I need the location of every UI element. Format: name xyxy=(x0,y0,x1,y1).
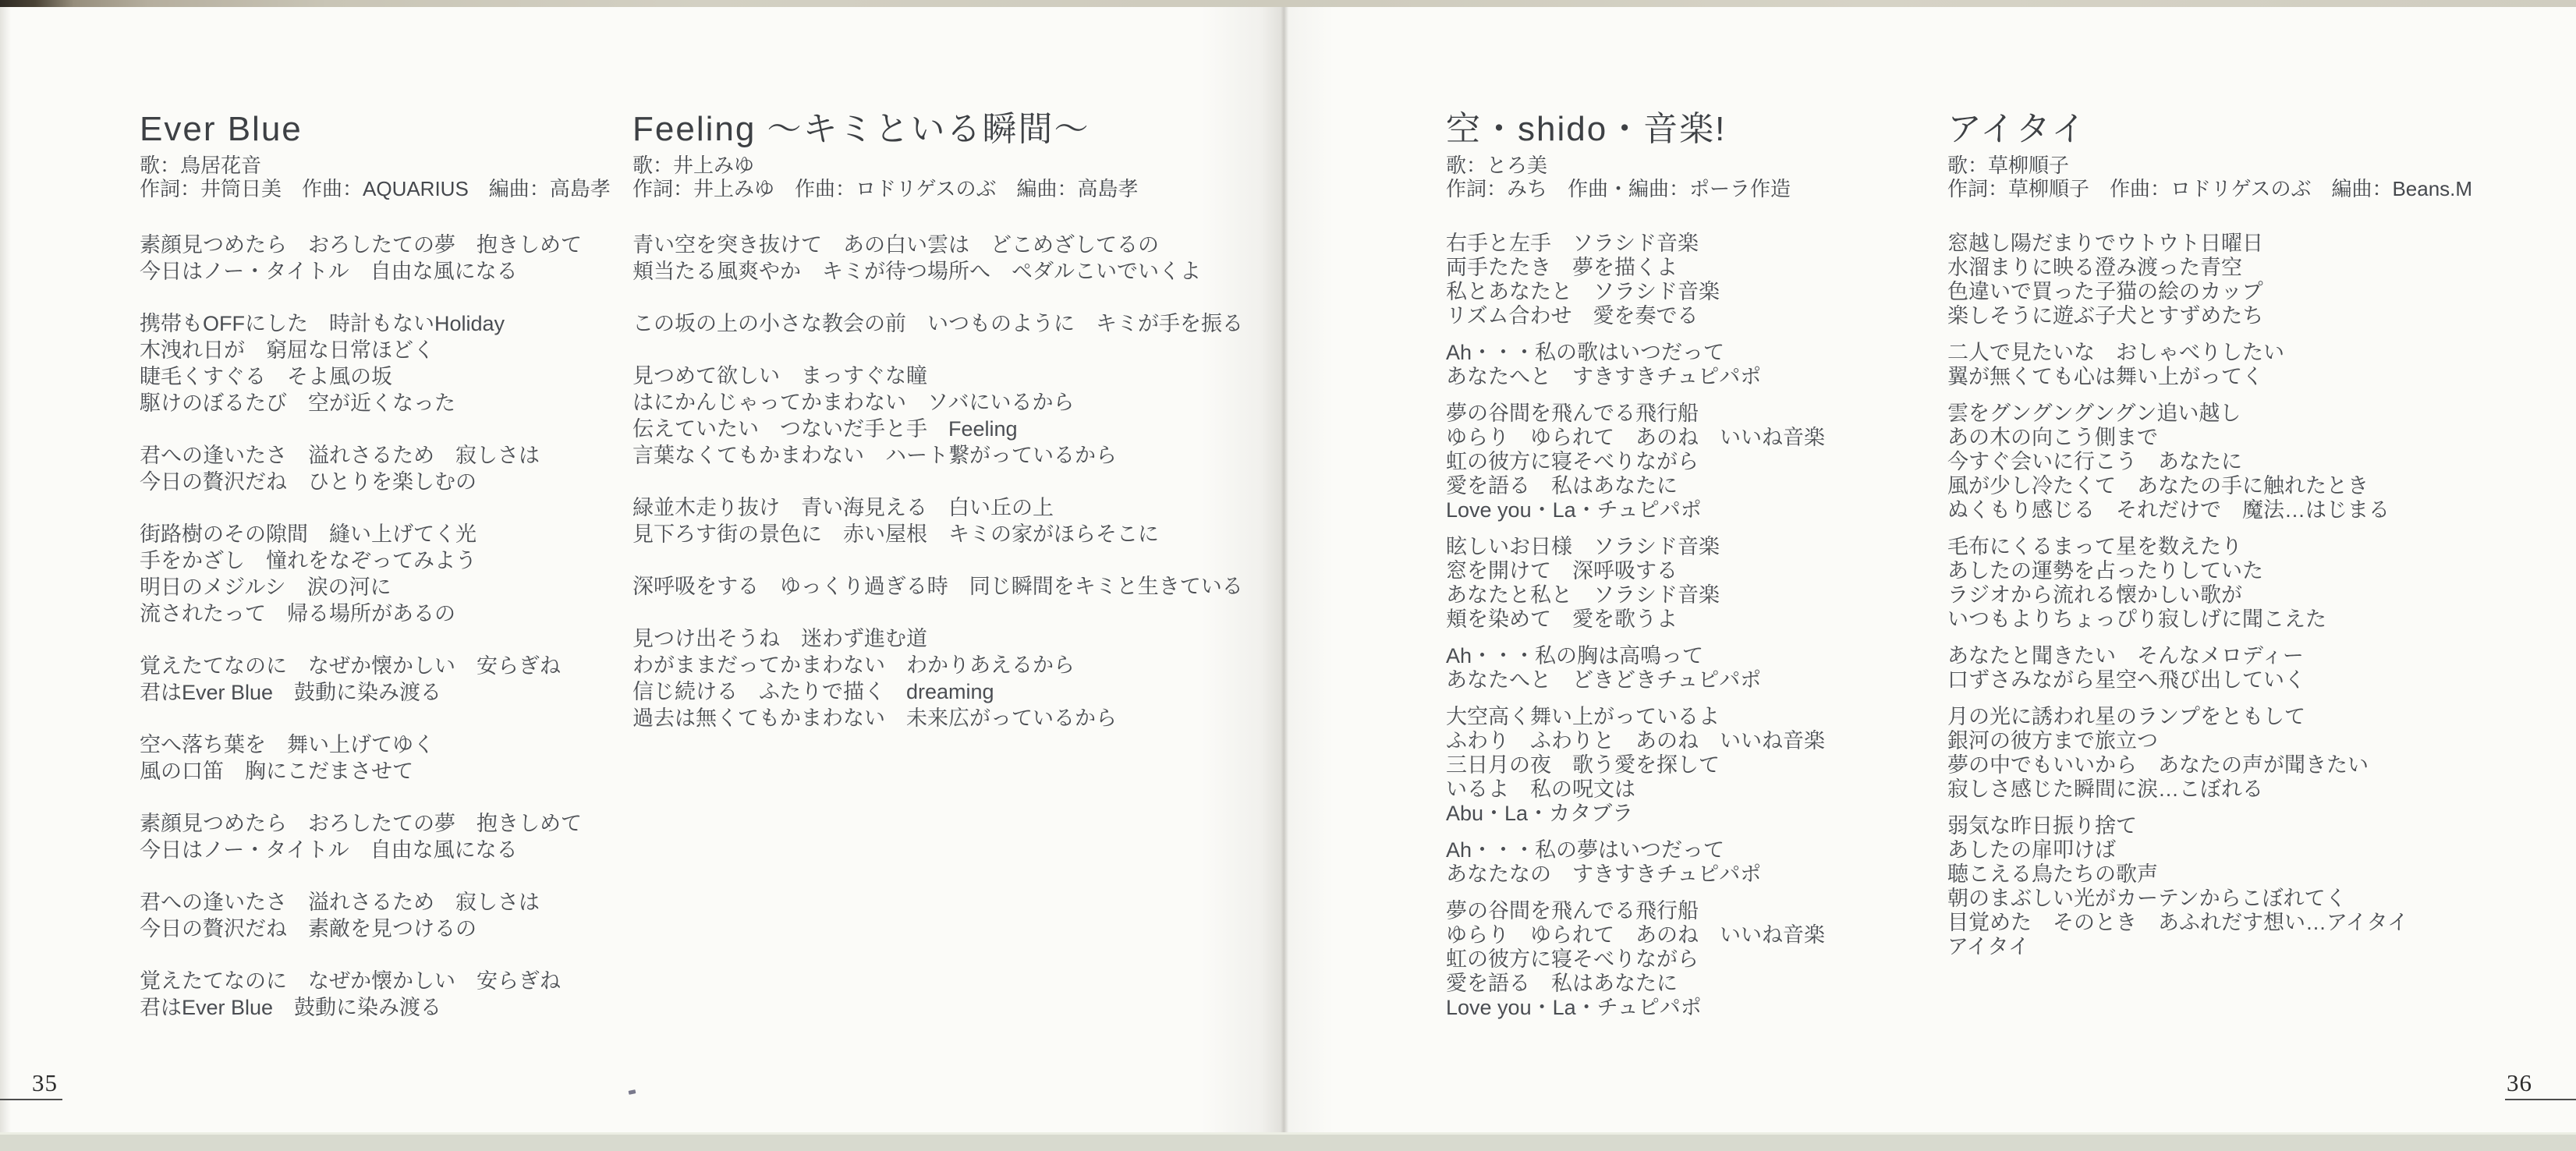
song-singer-credit: 歌：鳥居花音 xyxy=(140,154,639,177)
stanza: Ah・・・私の歌はいつだってあなたへと すきすきチュピパポ xyxy=(1446,341,1945,389)
lyric-line: 信じ続ける ふたりで描く dreaming xyxy=(632,678,1412,705)
song-ever-blue: Ever Blue 歌：鳥居花音 作詞：井筒日美 作曲：AQUARIUS 編曲：… xyxy=(140,112,639,1047)
lyric-line: 伝えていたい つないだ手と手 Feeling xyxy=(632,416,1412,442)
lyrics: 青い空を突き抜けて あの白い雲は どこめざしてるの頬当たる風爽やか キミが待つ場… xyxy=(632,232,1412,731)
lyric-line: ぬくもり感じる それだけで 魔法…はじまる xyxy=(1947,498,2564,522)
song-staff-credit: 作詞：草柳順子 作曲：ロドリゲスのぶ 編曲：Beans.M xyxy=(1947,177,2564,200)
lyric-line: はにかんじゃってかまわない ソバにいるから xyxy=(632,389,1412,416)
lyric-line: ゆらり ゆられて あのね いいね音楽 xyxy=(1446,923,1945,947)
song-singer-credit: 歌：草柳順子 xyxy=(1947,154,2564,177)
stanza: 深呼吸をする ゆっくり過ぎる時 同じ瞬間をキミと生きている xyxy=(632,573,1412,600)
stanza: 君への逢いたさ 溢れさるため 寂しさは今日の贅沢だね 素敵を見つけるの xyxy=(140,889,639,942)
lyric-line: 口ずさみながら星空へ飛び出していく xyxy=(1947,668,2564,692)
stanza: 君への逢いたさ 溢れさるため 寂しさは今日の贅沢だね ひとりを楽しむの xyxy=(140,442,639,495)
song-feeling: Feeling ～キミといる瞬間～ 歌：井上みゆ 作詞：井上みゆ 作曲：ロドリゲ… xyxy=(632,112,1412,757)
lyric-line: 見つめて欲しい まっすぐな瞳 xyxy=(632,363,1412,389)
lyric-line: 今すぐ会いに行こう あなたに xyxy=(1947,450,2564,474)
lyric-line: 愛を語る 私はあなたに xyxy=(1446,474,1945,498)
lyric-line: 駆けのぼるたび 空が近くなった xyxy=(140,390,639,416)
stanza: 覚えたてなのに なぜか懐かしい 安らぎね君はEver Blue 鼓動に染み渡る xyxy=(140,653,639,706)
lyric-line: あなたと私と ソラシド音楽 xyxy=(1446,583,1945,607)
lyric-line: 銀河の彼方まで旅立つ xyxy=(1947,729,2564,753)
lyric-line: ふわり ふわりと あのね いいね音楽 xyxy=(1446,729,1945,753)
ink-speck xyxy=(629,1089,636,1095)
lyric-line: Ah・・・私の胸は高鳴って xyxy=(1446,644,1945,668)
lyric-line: 頬を染めて 愛を歌うよ xyxy=(1446,607,1945,632)
lyric-line: 虹の彼方に寝そべりながら xyxy=(1446,450,1945,474)
lyric-line: 弱気な昨日振り捨て xyxy=(1947,814,2564,838)
lyric-line: 私とあなたと ソラシド音楽 xyxy=(1446,280,1945,304)
lyric-line: 楽しそうに遊ぶ子犬とすずめたち xyxy=(1947,304,2564,328)
stanza: 毛布にくるまって星を数えたりあしたの運勢を占ったりしていたラジオから流れる懐かし… xyxy=(1947,535,2564,632)
lyric-line: 今日はノー・タイトル 自由な風になる xyxy=(140,258,639,285)
lyric-line: あなたと聞きたい そんなメロディー xyxy=(1947,644,2564,668)
lyric-line: あなたへと すきすきチュピパポ xyxy=(1446,365,1945,389)
lyric-line: 頬当たる風爽やか キミが待つ場所へ ペダルこいでいくよ xyxy=(632,258,1412,285)
lyric-line: 素顔見つめたら おろしたての夢 抱きしめて xyxy=(140,810,639,837)
lyric-line: 見下ろす街の景色に 赤い屋根 キミの家がほらそこに xyxy=(632,521,1412,547)
stanza: 緑並木走り抜け 青い海見える 白い丘の上見下ろす街の景色に 赤い屋根 キミの家が… xyxy=(632,494,1412,547)
lyric-line: いるよ 私の呪文は xyxy=(1446,777,1945,802)
lyric-line: ラジオから流れる懐かしい歌が xyxy=(1947,583,2564,607)
song-singer-credit: 歌：とろ美 xyxy=(1446,154,1945,177)
lyric-line: 過去は無くてもかまわない 未来広がっているから xyxy=(632,705,1412,731)
lyric-line: Ah・・・私の夢はいつだって xyxy=(1446,838,1945,862)
lyric-line: 睫毛くすぐる そよ風の坂 xyxy=(140,363,639,390)
lyric-line: 愛を語る 私はあなたに xyxy=(1446,972,1945,996)
stanza: 眩しいお日様 ソラシド音楽窓を開けて 深呼吸するあなたと私と ソラシド音楽頬を染… xyxy=(1446,535,1945,632)
stanza: 見つけ出そうね 迷わず進む道わがままだってかまわない わかりあえるから信じ続ける… xyxy=(632,625,1412,731)
stanza: 素顔見つめたら おろしたての夢 抱きしめて今日はノー・タイトル 自由な風になる xyxy=(140,810,639,863)
lyric-line: 夢の中でもいいから あなたの声が聞きたい xyxy=(1947,753,2564,777)
lyric-line: 携帯もOFFにした 時計もないHoliday xyxy=(140,310,639,337)
lyric-line: 夢の谷間を飛んでる飛行船 xyxy=(1446,402,1945,426)
lyric-line: 寂しさ感じた瞬間に涙…こぼれる xyxy=(1947,777,2564,802)
stanza: 街路樹のその隙間 縫い上げてく光手をかざし 憧れをなぞってみよう明日のメジルシ … xyxy=(140,521,639,627)
lyric-line: 素顔見つめたら おろしたての夢 抱きしめて xyxy=(140,232,639,258)
lyric-line: 手をかざし 憧れをなぞってみよう xyxy=(140,547,639,574)
lyric-line: 雲をグングングングン追い越し xyxy=(1947,402,2564,426)
lyric-line: 水溜まりに映る澄み渡った青空 xyxy=(1947,256,2564,280)
lyric-line: 木洩れ日が 窮屈な日常ほどく xyxy=(140,337,639,363)
lyric-line: 二人で見たいな おしゃべりしたい xyxy=(1947,341,2564,365)
lyric-line: あしたの扉叩けば xyxy=(1947,838,2564,862)
lyric-line: 三日月の夜 歌う愛を探して xyxy=(1446,753,1945,777)
lyric-line: 言葉なくてもかまわない ハート繋がっているから xyxy=(632,442,1412,469)
stanza: あなたと聞きたい そんなメロディー口ずさみながら星空へ飛び出していく xyxy=(1947,644,2564,692)
lyric-line: 眩しいお日様 ソラシド音楽 xyxy=(1446,535,1945,559)
lyric-line: 今日の贅沢だね 素敵を見つけるの xyxy=(140,915,639,942)
stanza: 窓越し陽だまりでウトウト日曜日水溜まりに映る澄み渡った青空色違いで買った子猫の絵… xyxy=(1947,232,2564,328)
stanza: 携帯もOFFにした 時計もないHoliday木洩れ日が 窮屈な日常ほどく睫毛くす… xyxy=(140,310,639,416)
lyrics: 素顔見つめたら おろしたての夢 抱きしめて今日はノー・タイトル 自由な風になる携… xyxy=(140,232,639,1021)
song-title: Ever Blue xyxy=(140,112,639,147)
lyric-line: この坂の上の小さな教会の前 いつものように キミが手を振る xyxy=(632,310,1412,337)
stanza: Ah・・・私の胸は高鳴ってあなたへと どきどきチュピパポ xyxy=(1446,644,1945,692)
song-staff-credit: 作詞：井上みゆ 作曲：ロドリゲスのぶ 編曲：高島孝 xyxy=(632,177,1412,200)
lyric-line: 君はEver Blue 鼓動に染み渡る xyxy=(140,994,639,1021)
lyric-line: 両手たたき 夢を描くよ xyxy=(1446,256,1945,280)
stanza: 夢の谷間を飛んでる飛行船ゆらり ゆられて あのね いいね音楽虹の彼方に寝そべりな… xyxy=(1446,402,1945,522)
song-aitai: アイタイ 歌：草柳順子 作詞：草柳順子 作曲：ロドリゲスのぶ 編曲：Beans.… xyxy=(1947,112,2564,972)
stanza: Ah・・・私の夢はいつだってあなたなの すきすきチュピパポ xyxy=(1446,838,1945,887)
stanza: 大空高く舞い上がっているよふわり ふわりと あのね いいね音楽三日月の夜 歌う愛… xyxy=(1446,705,1945,826)
lyrics: 窓越し陽だまりでウトウト日曜日水溜まりに映る澄み渡った青空色違いで買った子猫の絵… xyxy=(1947,232,2564,959)
lyric-line: 今日の贅沢だね ひとりを楽しむの xyxy=(140,469,639,495)
stanza: 右手と左手 ソラシド音楽両手たたき 夢を描くよ私とあなたと ソラシド音楽リズム合… xyxy=(1446,232,1945,328)
lyric-line: 目覚めた そのとき あふれだす想い…アイタイ xyxy=(1947,911,2564,935)
song-staff-credit: 作詞：井筒日美 作曲：AQUARIUS 編曲：高島孝 xyxy=(140,177,639,200)
lyric-line: 君への逢いたさ 溢れさるため 寂しさは xyxy=(140,889,639,915)
lyric-line: 緑並木走り抜け 青い海見える 白い丘の上 xyxy=(632,494,1412,521)
page-number-rule-right xyxy=(2505,1099,2576,1100)
lyric-line: 大空高く舞い上がっているよ xyxy=(1446,705,1945,729)
lyric-line: リズム合わせ 愛を奏でる xyxy=(1446,304,1945,328)
lyric-line: 青い空を突き抜けて あの白い雲は どこめざしてるの xyxy=(632,232,1412,258)
lyric-line: 右手と左手 ソラシド音楽 xyxy=(1446,232,1945,256)
lyric-line: あの木の向こう側まで xyxy=(1947,426,2564,450)
stanza: 夢の谷間を飛んでる飛行船ゆらり ゆられて あのね いいね音楽虹の彼方に寝そべりな… xyxy=(1446,899,1945,1020)
lyric-line: いつもよりちょっぴり寂しげに聞こえた xyxy=(1947,607,2564,632)
lyric-line: わがままだってかまわない わかりあえるから xyxy=(632,652,1412,678)
booklet-bottom-edge xyxy=(0,1132,2576,1151)
song-title: Feeling ～キミといる瞬間～ xyxy=(632,112,1412,147)
lyric-line: 色違いで買った子猫の絵のカップ xyxy=(1947,280,2564,304)
stanza: 素顔見つめたら おろしたての夢 抱きしめて今日はノー・タイトル 自由な風になる xyxy=(140,232,639,285)
stanza: 覚えたてなのに なぜか懐かしい 安らぎね君はEver Blue 鼓動に染み渡る xyxy=(140,968,639,1021)
lyric-line: Abu・La・カタブラ xyxy=(1446,802,1945,826)
stanza: 青い空を突き抜けて あの白い雲は どこめざしてるの頬当たる風爽やか キミが待つ場… xyxy=(632,232,1412,285)
stanza: 見つめて欲しい まっすぐな瞳はにかんじゃってかまわない ソバにいるから伝えていた… xyxy=(632,363,1412,469)
page-number-rule-left xyxy=(0,1099,62,1100)
lyric-line: あなたなの すきすきチュピパポ xyxy=(1446,862,1945,887)
lyric-line: 流されたって 帰る場所があるの xyxy=(140,600,639,627)
lyric-line: 虹の彼方に寝そべりながら xyxy=(1446,947,1945,972)
lyric-line: 翼が無くても心は舞い上がってく xyxy=(1947,365,2564,389)
stanza: この坂の上の小さな教会の前 いつものように キミが手を振る xyxy=(632,310,1412,337)
lyric-line: Love you・La・チュピパポ xyxy=(1446,498,1945,522)
lyric-line: 君はEver Blue 鼓動に染み渡る xyxy=(140,679,639,706)
lyric-line: Ah・・・私の歌はいつだって xyxy=(1446,341,1945,365)
song-staff-credit: 作詞：みち 作曲・編曲：ポーラ作造 xyxy=(1446,177,1945,200)
lyric-line: アイタイ xyxy=(1947,935,2564,959)
lyric-line: 覚えたてなのに なぜか懐かしい 安らぎね xyxy=(140,653,639,679)
stanza: 弱気な昨日振り捨てあしたの扉叩けば聴こえる鳥たちの歌声朝のまぶしい光がカーテンか… xyxy=(1947,814,2564,959)
stanza: 月の光に誘われ星のランプをともして銀河の彼方まで旅立つ夢の中でもいいから あなた… xyxy=(1947,705,2564,802)
lyric-line: 朝のまぶしい光がカーテンからこぼれてく xyxy=(1947,887,2564,911)
stanza: 二人で見たいな おしゃべりしたい翼が無くても心は舞い上がってく xyxy=(1947,341,2564,389)
lyric-line: 深呼吸をする ゆっくり過ぎる時 同じ瞬間をキミと生きている xyxy=(632,573,1412,600)
lyric-line: 空へ落ち葉を 舞い上げてゆく xyxy=(140,731,639,758)
lyric-line: 風が少し冷たくて あなたの手に触れたとき xyxy=(1947,474,2564,498)
song-title: 空・shido・音楽! xyxy=(1446,112,1945,147)
song-title: アイタイ xyxy=(1947,112,2564,147)
stanza: 雲をグングングングン追い越しあの木の向こう側まで今すぐ会いに行こう あなたに風が… xyxy=(1947,402,2564,522)
lyric-line: 窓を開けて 深呼吸する xyxy=(1446,559,1945,583)
lyric-line: 聴こえる鳥たちの歌声 xyxy=(1947,862,2564,887)
lyric-line: 毛布にくるまって星を数えたり xyxy=(1947,535,2564,559)
lyric-line: 風の口笛 胸にこだまさせて xyxy=(140,758,639,784)
lyric-line: 今日はノー・タイトル 自由な風になる xyxy=(140,837,639,863)
lyric-line: ゆらり ゆられて あのね いいね音楽 xyxy=(1446,426,1945,450)
stanza: 空へ落ち葉を 舞い上げてゆく風の口笛 胸にこだまさせて xyxy=(140,731,639,784)
lyric-line: 覚えたてなのに なぜか懐かしい 安らぎね xyxy=(140,968,639,994)
booklet-top-edge xyxy=(0,0,2576,7)
lyric-line: 窓越し陽だまりでウトウト日曜日 xyxy=(1947,232,2564,256)
page-number-left: 35 xyxy=(32,1069,58,1097)
lyric-line: 月の光に誘われ星のランプをともして xyxy=(1947,705,2564,729)
lyric-line: 君への逢いたさ 溢れさるため 寂しさは xyxy=(140,442,639,469)
page-number-right: 36 xyxy=(2507,1069,2532,1097)
lyric-line: 見つけ出そうね 迷わず進む道 xyxy=(632,625,1412,652)
lyrics: 右手と左手 ソラシド音楽両手たたき 夢を描くよ私とあなたと ソラシド音楽リズム合… xyxy=(1446,232,1945,1020)
lyric-line: Love you・La・チュピパポ xyxy=(1446,996,1945,1020)
song-singer-credit: 歌：井上みゆ xyxy=(632,154,1412,177)
lyric-line: 夢の谷間を飛んでる飛行船 xyxy=(1446,899,1945,923)
lyric-line: 街路樹のその隙間 縫い上げてく光 xyxy=(140,521,639,547)
lyric-line: 明日のメジルシ 涙の河に xyxy=(140,574,639,600)
left-paper-edge xyxy=(0,7,11,1132)
song-sora-shido-ongaku: 空・shido・音楽! 歌：とろ美 作詞：みち 作曲・編曲：ポーラ作造 右手と左… xyxy=(1446,112,1945,1032)
lyric-line: あなたへと どきどきチュピパポ xyxy=(1446,668,1945,692)
lyric-line: あしたの運勢を占ったりしていた xyxy=(1947,559,2564,583)
